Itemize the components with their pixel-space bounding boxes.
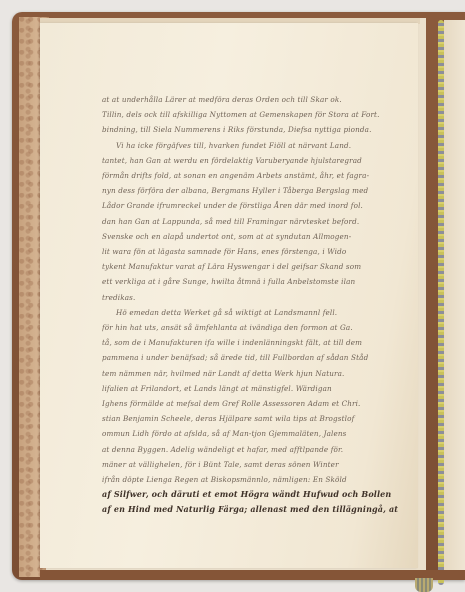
text-line: ett verkliga at i gåre Sunge, hwilta åtm…	[102, 274, 414, 289]
text-line: Vi ha icke förgäfves till, hvarken funde…	[102, 138, 414, 153]
cover-bottom-edge	[40, 570, 465, 580]
text-line: at at underhålla Lärer at medföra deras …	[102, 92, 414, 107]
text-line: förmån drifts fold, at sonan en angenäm …	[102, 168, 414, 183]
facing-page	[444, 20, 465, 580]
text-line: bindning, till Siela Nummerens i Riks fö…	[102, 122, 414, 137]
text-line: tå, som de i Manufakturen ifa wille i in…	[102, 335, 414, 350]
binding-stitch	[438, 20, 444, 585]
text-line: Tillin, dels ock till afskilliga Nyttome…	[102, 107, 414, 122]
text-line: lit wara fön at lägasta samnade för Hans…	[102, 244, 414, 259]
text-line: dan han Gan at Lappunda, så med till Fra…	[102, 214, 414, 229]
text-line-dark: af en Hind med Naturlig Färga; allenast …	[102, 502, 414, 517]
text-line: ommun Lidh fördo at afslda, så af Man-tj…	[102, 426, 414, 441]
text-line: nyn dess förföra der albana, Bergmans Hy…	[102, 183, 414, 198]
text-line: Ighens förmälde at mefsal dem Gref Rolle…	[102, 396, 414, 411]
text-line: tredikas.	[102, 290, 414, 305]
text-line: Hö emedan detta Werket gå så wiktigt at …	[102, 305, 414, 320]
text-line: tantet, han Gan at werdu en fördelaktig …	[102, 153, 414, 168]
text-line: mäner at vällighelen, för i Bünt Tale, s…	[102, 457, 414, 472]
text-line: tem nämmen när, hvilmed när Landt af det…	[102, 366, 414, 381]
paragraph-3: Hö emedan detta Werket gå så wiktigt at …	[102, 305, 414, 518]
text-line: för hin hat uts, ansät så ämfehlanta at …	[102, 320, 414, 335]
text-line: Svenske och en alapå undertot ont, som a…	[102, 229, 414, 244]
manuscript-text: at at underhålla Lärer at medföra deras …	[102, 92, 414, 518]
paragraph-1: at at underhålla Lärer at medföra deras …	[102, 92, 414, 138]
text-line: pammena i under benäfsad; så ärede tid, …	[102, 350, 414, 365]
text-line: tykent Manufaktur varat af Lära Hyswenga…	[102, 259, 414, 274]
text-line: Lådor Grande ifrumreckel under de förstl…	[102, 198, 414, 213]
text-line-dark: af Silfwer, och däruti et emot Högra wän…	[102, 487, 414, 502]
text-line: stian Benjamin Scheele, deras Hjälpare s…	[102, 411, 414, 426]
bookmark-tassel	[415, 578, 433, 592]
text-line: lifalien at Frilandort, et Lands längt a…	[102, 381, 414, 396]
text-line: at denna Byggen. Adelig wändeligt et haf…	[102, 442, 414, 457]
text-line: ifrån döpte Lienga Regen at Biskopsmännl…	[102, 472, 414, 487]
paragraph-2: Vi ha icke förgäfves till, hvarken funde…	[102, 138, 414, 305]
